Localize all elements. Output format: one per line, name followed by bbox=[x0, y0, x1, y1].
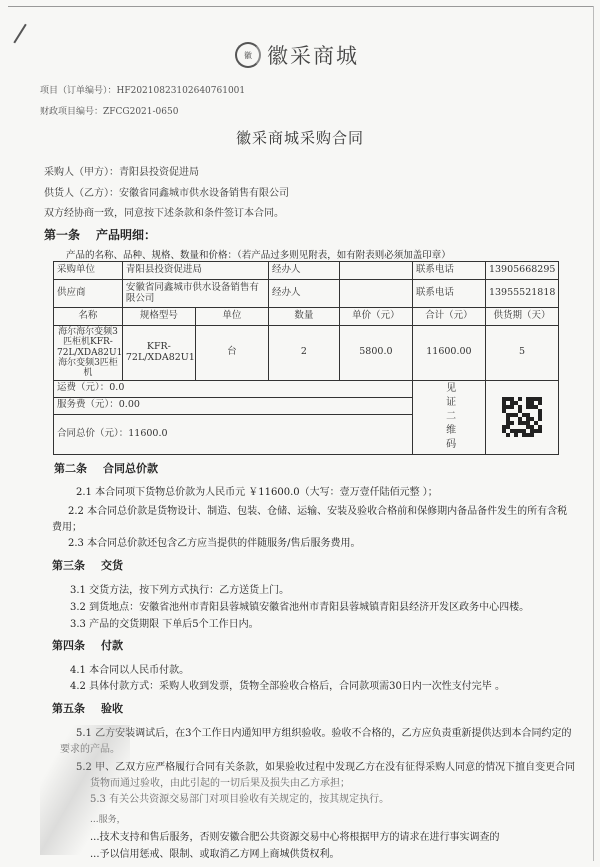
section6-line2: ...技术支持和售后服务，否则安徽合肥公共资源交易中心将根据甲方的请求在进行事实… bbox=[90, 828, 500, 843]
product-unit: 台 bbox=[195, 326, 268, 381]
freight: 运费（元）：0.0 bbox=[54, 380, 413, 397]
clause-5-3: 5.3 有关公共资源交易部门对项目验收有关规定的，按其规定执行。 bbox=[90, 790, 389, 805]
service-fee: 服务费（元）：0.00 bbox=[54, 397, 413, 414]
buyer-phone: 13905668295 bbox=[485, 262, 558, 280]
supplier-line: 供货人（乙方）：安徽省同鑫城市供水设备销售有限公司 bbox=[44, 184, 289, 199]
freight-row: 运费（元）：0.0 见证二维码 bbox=[54, 380, 559, 397]
buyer-unit-label: 采购单位 bbox=[54, 262, 123, 280]
supplier-label: 供应商 bbox=[54, 280, 123, 308]
product-name: 海尔海尔变频3匹柜机KFR-72L/XDA82U1海尔变频3匹柜机 bbox=[54, 326, 123, 381]
col-unit: 单位 bbox=[195, 308, 268, 326]
clause-2-3: 2.3 本合同总价款还包含乙方应当提供的伴随服务/售后服务费用。 bbox=[68, 534, 360, 549]
qr-label-cell: 见证二维码 bbox=[412, 380, 485, 454]
clause-4-1: 4.1 本合同以人民币付款。 bbox=[70, 661, 189, 676]
supplier-handler bbox=[339, 280, 412, 308]
section4-title: 付款 bbox=[101, 639, 123, 652]
scan-smear bbox=[40, 725, 130, 855]
col-delivery: 供货期（天） bbox=[485, 308, 558, 326]
product-qty: 2 bbox=[268, 326, 339, 381]
section5-number: 第五条 bbox=[52, 702, 85, 715]
contract-page: 徽 徽采商城 项目（订单编号）：HF20210823102640761001 财… bbox=[0, 0, 600, 867]
order-label: 项目（订单编号）： bbox=[40, 86, 117, 96]
clause-2-1: 2.1 本合同项下货物总价款为人民币元 ￥11600.0（大写：壹万壹仟陆佰元整… bbox=[76, 483, 438, 498]
agreement-line: 双方经协商一致，同意按下述条款和条件签订本合同。 bbox=[44, 204, 284, 219]
col-qty: 数量 bbox=[268, 308, 339, 326]
table-header-row: 名称 规格型号 单位 数量 单价（元） 合计（元） 供货期（天） bbox=[54, 308, 559, 326]
order-number-line: 项目（订单编号）：HF20210823102640761001 bbox=[40, 83, 245, 96]
product-total: 11600.00 bbox=[412, 326, 485, 381]
section2-number: 第二条 bbox=[54, 462, 87, 475]
top-border bbox=[8, 6, 593, 7]
supplier-name: 安徽省同鑫城市供水设备销售有限公司 bbox=[122, 280, 268, 308]
clause-5-1: 5.1 乙方安装调试后，在3个工作日内通知甲方组织验收。验收不合格的，乙方应负责… bbox=[76, 724, 571, 739]
col-name: 名称 bbox=[54, 308, 123, 326]
buyer-line: 采购人（甲方）：青阳县投资促进局 bbox=[44, 163, 199, 178]
section1-number: 第一条 bbox=[44, 228, 80, 242]
product-price: 5800.0 bbox=[339, 326, 412, 381]
section2-heading: 第二条合同总价款 bbox=[54, 460, 158, 476]
clause-2-2-cont: 费用； bbox=[52, 518, 82, 533]
qr-label: 见证二维码 bbox=[443, 382, 455, 452]
table-row: 海尔海尔变频3匹柜机KFR-72L/XDA82U1海尔变频3匹柜机 KFR-72… bbox=[54, 326, 559, 381]
logo-text: 徽采商城 bbox=[267, 40, 359, 70]
buyer-handler bbox=[339, 262, 412, 280]
contract-total: 合同总价（元）：11600.0 bbox=[54, 414, 413, 454]
section3-number: 第三条 bbox=[52, 559, 85, 572]
qr-cell bbox=[485, 380, 558, 454]
product-model: KFR-72L/XDA82U1 bbox=[122, 326, 195, 381]
section1-intro: 产品的名称、品种、规格、数量和价格：（若产品过多则见附表，如有附表则必须加盖印章… bbox=[66, 247, 451, 261]
section5-title: 验收 bbox=[101, 702, 123, 715]
col-total: 合计（元） bbox=[412, 308, 485, 326]
buyer-unit: 青阳县投资促进局 bbox=[122, 262, 268, 280]
section1-title: 产品明细： bbox=[96, 228, 156, 242]
product-delivery-days: 5 bbox=[485, 326, 558, 381]
section5-heading: 第五条验收 bbox=[52, 700, 123, 716]
col-model: 规格型号 bbox=[122, 308, 195, 326]
supplier-row: 供应商 安徽省同鑫城市供水设备销售有限公司 经办人 联系电话 139555218… bbox=[54, 280, 559, 308]
product-table: 采购单位 青阳县投资促进局 经办人 联系电话 13905668295 供应商 安… bbox=[53, 261, 559, 455]
col-price: 单价（元） bbox=[339, 308, 412, 326]
supplier-phone: 13955521818 bbox=[485, 280, 558, 308]
section3-heading: 第三条交货 bbox=[52, 557, 123, 573]
qr-code-icon[interactable] bbox=[502, 397, 542, 437]
clause-3-3: 3.3 产品的交货期限 下单后5个工作日内。 bbox=[70, 615, 259, 630]
finance-number-line: 财政项目编号：ZFCG2021-0650 bbox=[40, 104, 178, 117]
buyer-phone-label: 联系电话 bbox=[412, 262, 485, 280]
pen-mark bbox=[13, 24, 26, 43]
clause-3-2: 3.2 到货地点：安徽省池州市青阳县蓉城镇安徽省池州市青阳县蓉城镇青阳县经济开发… bbox=[70, 598, 529, 613]
finance-number: ZFCG2021-0650 bbox=[103, 107, 178, 117]
section1-heading: 第一条产品明细： bbox=[44, 226, 156, 243]
clause-2-2: 2.2 本合同总价款是货物设计、制造、包装、仓储、运输、安装及验收合格前和保修期… bbox=[68, 502, 567, 517]
logo: 徽 徽采商城 bbox=[235, 40, 359, 70]
section3-title: 交货 bbox=[101, 559, 123, 572]
buyer-handler-label: 经办人 bbox=[268, 262, 339, 280]
clause-4-2: 4.2 具体付款方式：采购人收到发票，货物全部验收合格后，合同款项需30日内一次… bbox=[70, 677, 505, 692]
section4-number: 第四条 bbox=[52, 639, 85, 652]
logo-icon: 徽 bbox=[235, 42, 261, 68]
contract-title: 徽采商城采购合同 bbox=[0, 127, 600, 148]
section4-heading: 第四条付款 bbox=[52, 637, 123, 653]
clause-3-1: 3.1 交货方法，按下列方式执行：乙方送货上门。 bbox=[70, 581, 289, 596]
supplier-handler-label: 经办人 bbox=[268, 280, 339, 308]
supplier-phone-label: 联系电话 bbox=[412, 280, 485, 308]
clause-5-2: 5.2 甲、乙双方应严格履行合同有关条款，如果验收过程中发现乙方在没有征得采购人… bbox=[76, 758, 575, 773]
section2-title: 合同总价款 bbox=[103, 462, 158, 475]
finance-label: 财政项目编号： bbox=[40, 107, 103, 117]
buyer-row: 采购单位 青阳县投资促进局 经办人 联系电话 13905668295 bbox=[54, 262, 559, 280]
order-number: HF20210823102640761001 bbox=[117, 86, 246, 96]
